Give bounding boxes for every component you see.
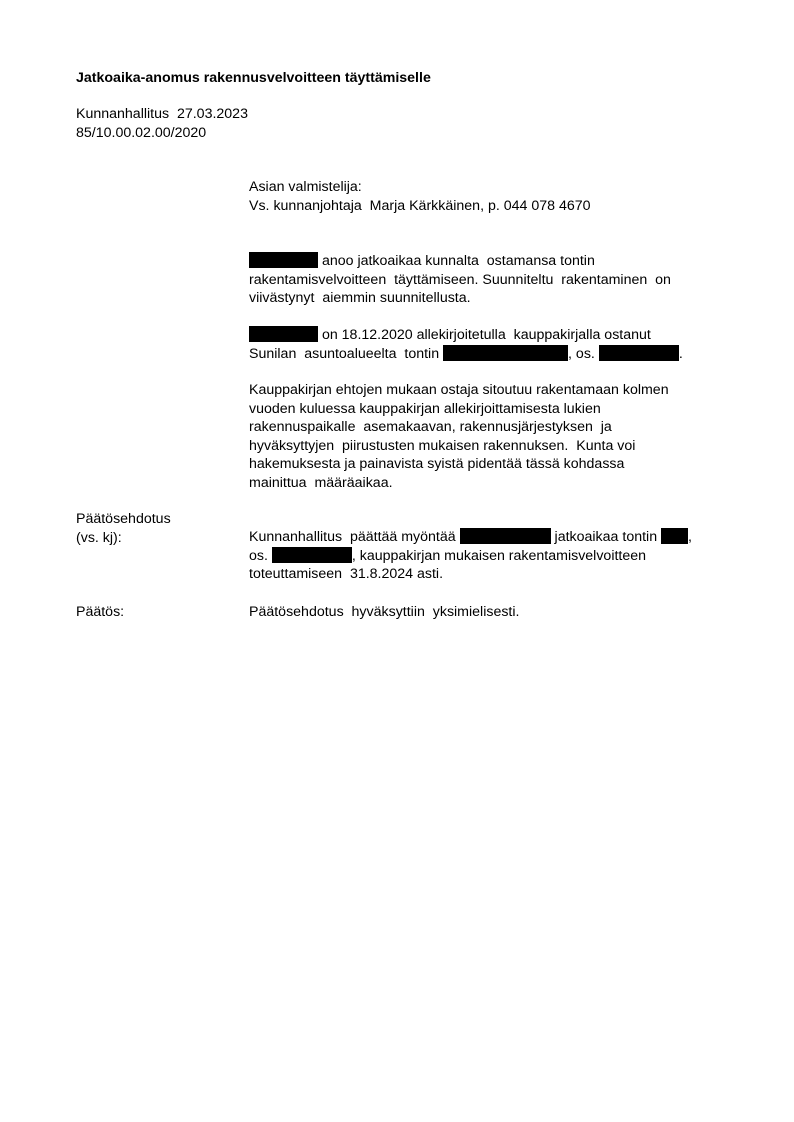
document-page: Jatkoaika-anomus rakennusvelvoitteen täy… <box>0 0 794 1122</box>
redacted-recipient <box>460 528 551 544</box>
paragraph-application: anoo jatkoaikaa kunnalta ostamansa tonti… <box>249 252 739 308</box>
text-span: . <box>679 346 683 362</box>
paragraph-line: on 18.12.2020 allekirjoitetulla kauppaki… <box>249 326 739 345</box>
paragraph-line: rakennuspaikalle asemakaavan, rakennusjä… <box>249 418 739 437</box>
proposal-label-line1: Päätösehdotus <box>76 510 171 529</box>
paragraph-terms: Kauppakirjan ehtojen mukaan ostaja sitou… <box>249 381 739 492</box>
redacted-address <box>599 345 679 361</box>
text-span: Kunnanhallitus päättää myöntää <box>249 529 460 545</box>
redacted-buyer <box>249 326 318 342</box>
paragraph-line: vuoden kuluessa kauppakirjan allekirjoit… <box>249 400 739 419</box>
preparer-section: Asian valmistelija: Vs. kunnanjohtaja Ma… <box>249 178 739 215</box>
redacted-address <box>272 547 352 563</box>
proposal-text: Kunnanhallitus päättää myöntää jatkoaika… <box>249 528 739 584</box>
proposal-label: Päätösehdotus (vs. kj): <box>76 510 171 547</box>
document-meta: Kunnanhallitus 27.03.2023 85/10.00.02.00… <box>76 105 248 142</box>
redacted-plot-number <box>661 528 688 544</box>
paragraph-line: anoo jatkoaikaa kunnalta ostamansa tonti… <box>249 252 739 271</box>
paragraph-purchase: on 18.12.2020 allekirjoitetulla kauppaki… <box>249 326 739 363</box>
meeting-body-and-date: Kunnanhallitus 27.03.2023 <box>76 105 248 124</box>
paragraph-line: mainittua määräaikaa. <box>249 474 739 493</box>
text-span: jatkoaikaa tontin <box>551 529 661 545</box>
paragraph-line: Kauppakirjan ehtojen mukaan ostaja sitou… <box>249 381 739 400</box>
paragraph-line: Kunnanhallitus päättää myöntää jatkoaika… <box>249 528 739 547</box>
paragraph-line: hyväksyttyjen piirustusten mukaisen rake… <box>249 437 739 456</box>
decision-value: Päätösehdotus hyväksyttiin yksimielisest… <box>249 603 739 622</box>
paragraph-line: os. , kauppakirjan mukaisen rakentamisve… <box>249 547 739 566</box>
document-title: Jatkoaika-anomus rakennusvelvoitteen täy… <box>76 69 431 88</box>
paragraph-line: viivästynyt aiemmin suunnitellusta. <box>249 289 739 308</box>
record-number: 85/10.00.02.00/2020 <box>76 124 248 143</box>
text-span: , <box>688 529 692 545</box>
redacted-plot-id <box>443 345 568 361</box>
paragraph-line: hakemuksesta ja painavista syistä pident… <box>249 455 739 474</box>
text-span: , kauppakirjan mukaisen rakentamisvelvoi… <box>352 548 646 564</box>
text-span: on 18.12.2020 allekirjoitetulla kauppaki… <box>318 327 651 343</box>
paragraph-line: Sunilan asuntoalueelta tontin , os. . <box>249 345 739 364</box>
decision-text: Päätösehdotus hyväksyttiin yksimielisest… <box>249 603 739 622</box>
paragraph-line: rakentamisvelvoitteen täyttämiseen. Suun… <box>249 271 739 290</box>
text-span: Sunilan asuntoalueelta tontin <box>249 346 443 362</box>
redacted-applicant <box>249 252 318 268</box>
text-span: anoo jatkoaikaa kunnalta ostamansa tonti… <box>318 253 595 269</box>
decision-label: Päätös: <box>76 603 124 622</box>
text-span: , os. <box>568 346 599 362</box>
preparer-label: Asian valmistelija: <box>249 178 739 197</box>
proposal-label-line2: (vs. kj): <box>76 529 171 548</box>
paragraph-line: toteuttamiseen 31.8.2024 asti. <box>249 565 739 584</box>
text-span: os. <box>249 548 272 564</box>
preparer-value: Vs. kunnanjohtaja Marja Kärkkäinen, p. 0… <box>249 197 739 216</box>
